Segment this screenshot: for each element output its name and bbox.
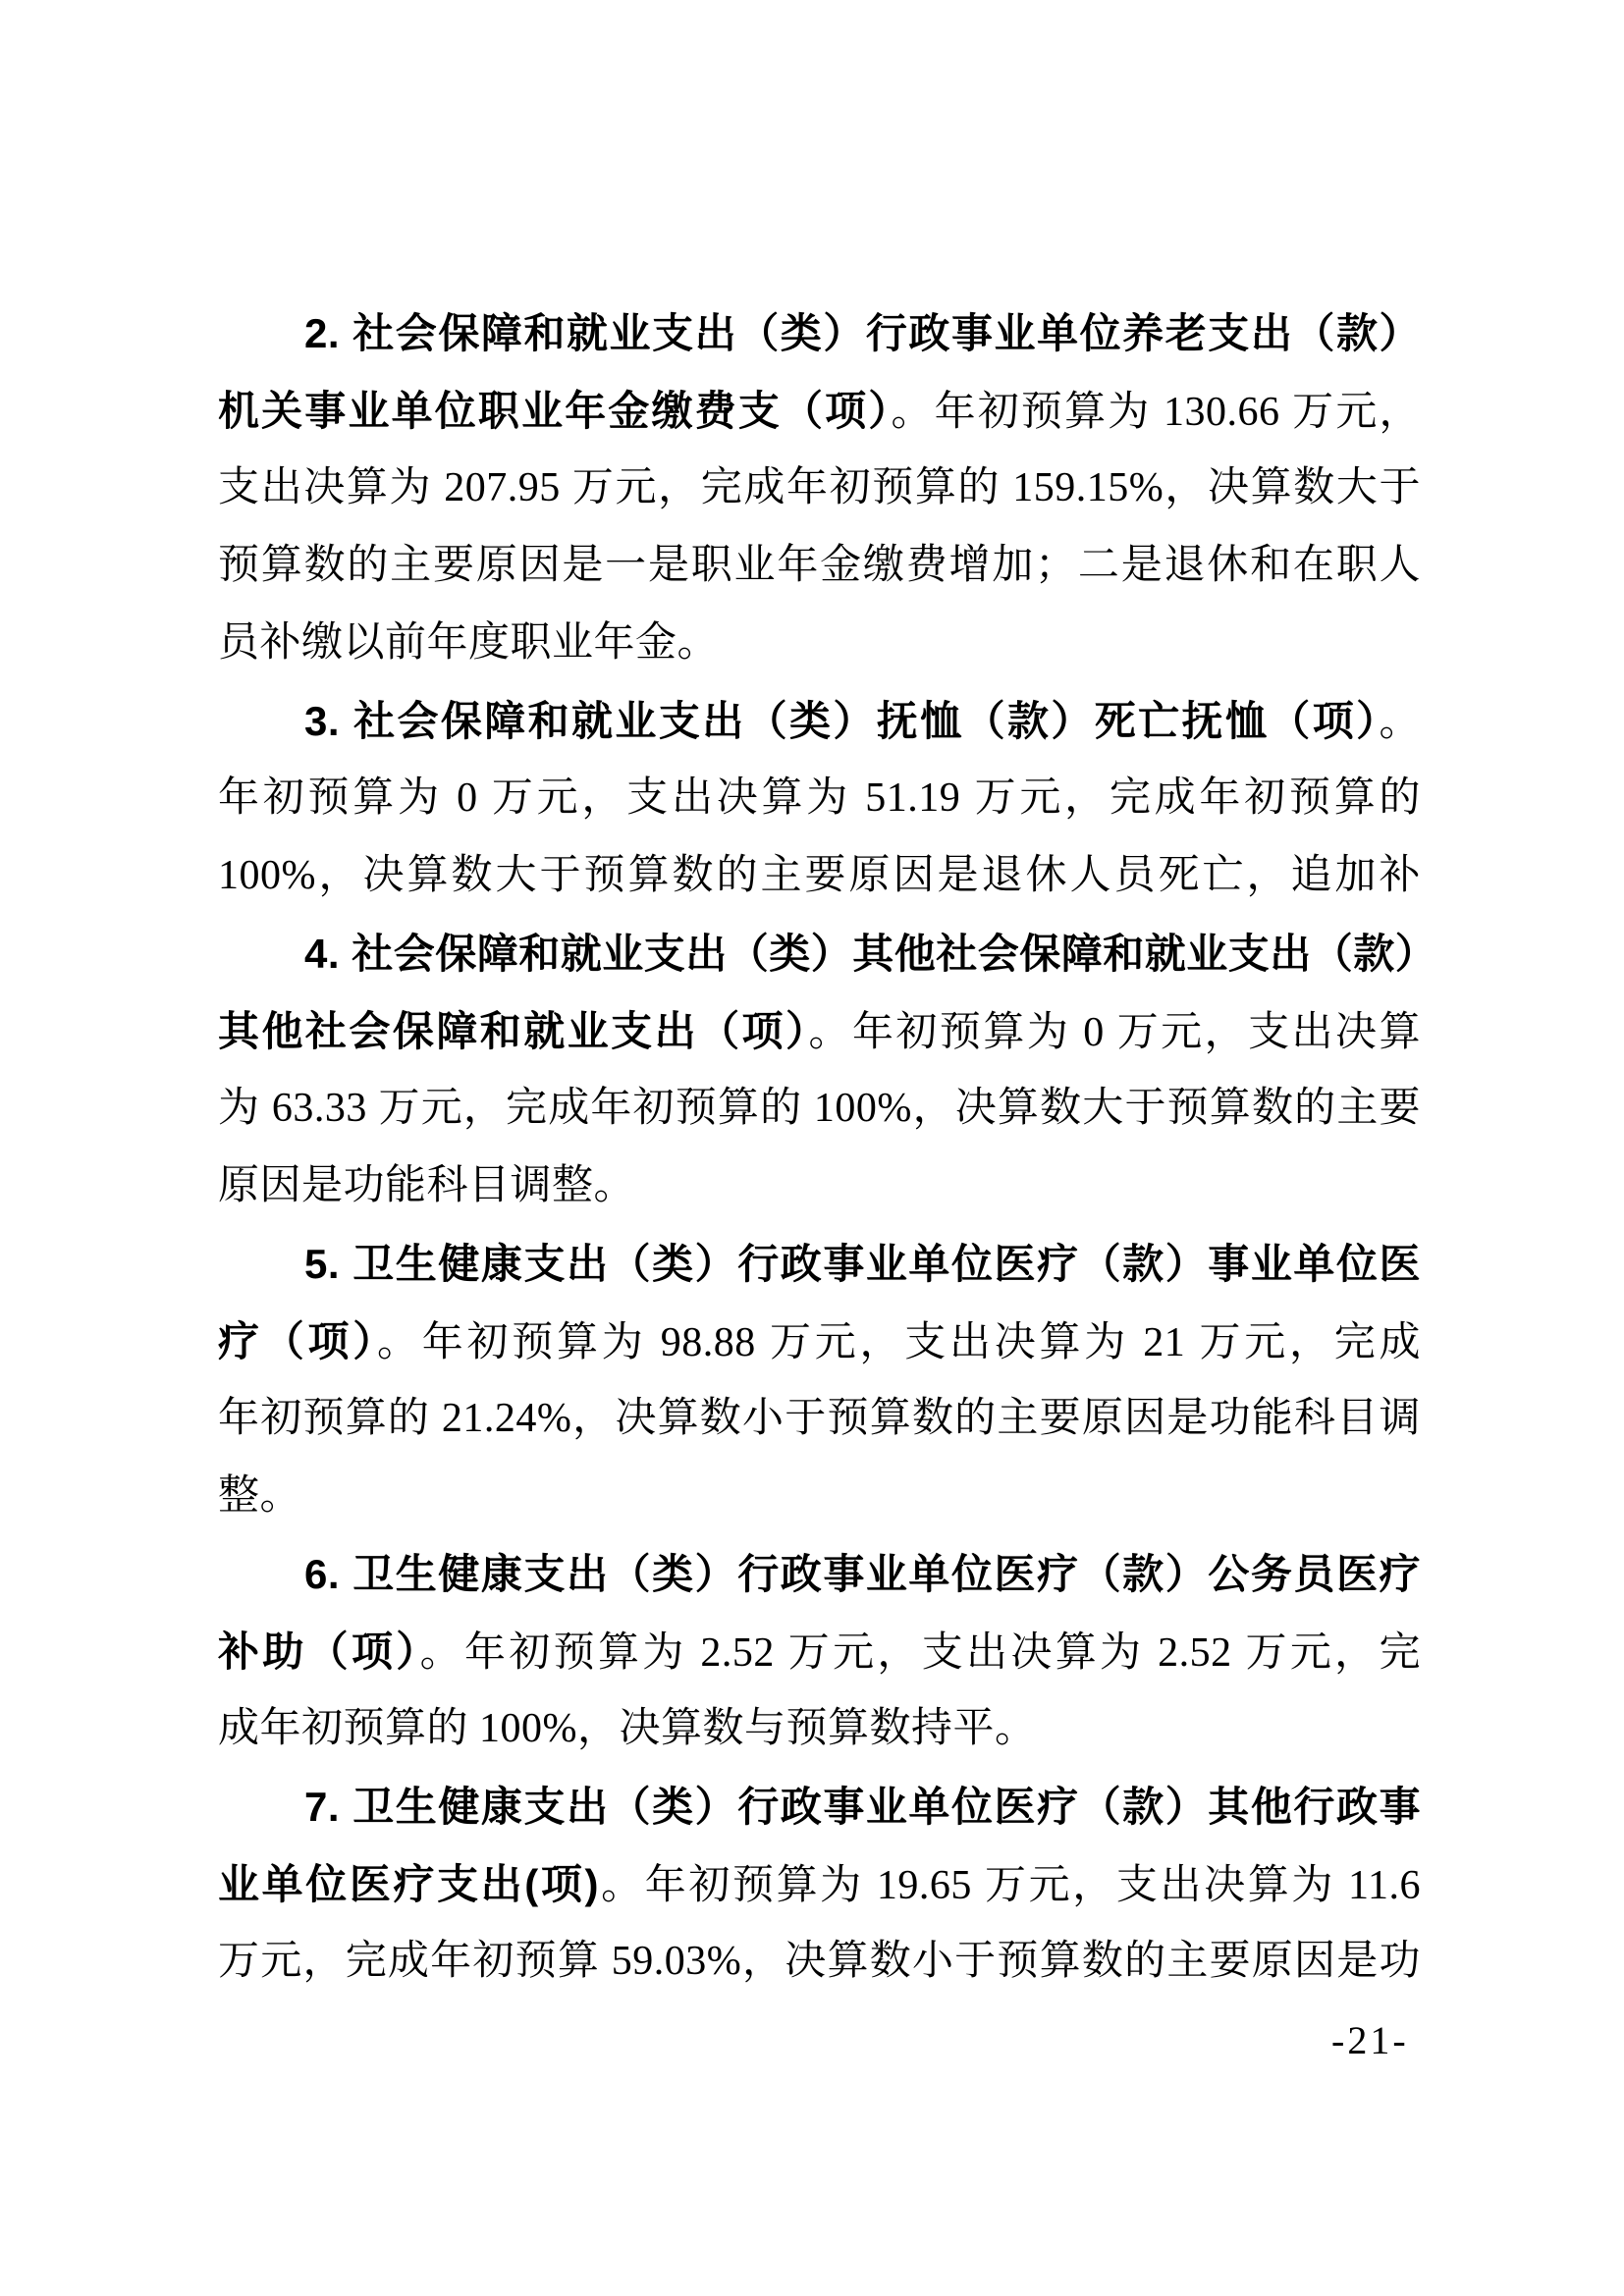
heading-text: 补助（项） xyxy=(218,1629,420,1675)
body-text: 成年初预算的 100%，决算数与预算数持平。 xyxy=(218,1706,1037,1751)
text-block: 2. 社会保障和就业支出（类）行政事业单位养老支出（款） 机关事业单位职业年金缴… xyxy=(218,294,1421,2001)
body-text: 。 xyxy=(1379,700,1421,745)
body-text: 年初预算的 21.24%，决算数小于预算数的主要原因是功能科目调 xyxy=(218,1396,1421,1441)
text-line: 5. 卫生健康支出（类）行政事业单位医疗（款）事业单位医 xyxy=(218,1225,1421,1303)
text-line: 其他社会保障和就业支出（项）。年初预算为 0 万元，支出决算 xyxy=(218,992,1421,1070)
text-line: 3. 社会保障和就业支出（类）抚恤（款）死亡抚恤（项）。 xyxy=(218,682,1421,760)
text-line: 为 63.33 万元，完成年初预算的 100%，决算数大于预算数的主要 xyxy=(218,1070,1421,1148)
paragraph-6: 6. 卫生健康支出（类）行政事业单位医疗（款）公务员医疗 补助（项）。年初预算为… xyxy=(218,1535,1421,1768)
body-text: 。年初预算为 130.66 万元， xyxy=(891,390,1421,435)
heading-text: 6. 卫生健康支出（类）行政事业单位医疗（款）公务员医疗 xyxy=(304,1551,1421,1597)
text-line: 年初预算的 21.24%，决算数小于预算数的主要原因是功能科目调 xyxy=(218,1380,1421,1458)
body-text: 为 63.33 万元，完成年初预算的 100%，决算数大于预算数的主要 xyxy=(218,1086,1421,1131)
paragraph-4: 4. 社会保障和就业支出（类）其他社会保障和就业支出（款） 其他社会保障和就业支… xyxy=(218,915,1421,1225)
text-line: 2. 社会保障和就业支出（类）行政事业单位养老支出（款） xyxy=(218,294,1421,372)
body-text: 员补缴以前年度职业年金。 xyxy=(218,620,719,666)
body-text: 。年初预算为 0 万元，支出决算 xyxy=(809,1010,1422,1055)
heading-text: 2. 社会保障和就业支出（类）行政事业单位养老支出（款） xyxy=(304,310,1421,356)
text-line: 机关事业单位职业年金缴费支（项）。年初预算为 130.66 万元， xyxy=(218,372,1421,450)
text-line: 原因是功能科目调整。 xyxy=(218,1148,1421,1225)
heading-text: 疗（项） xyxy=(218,1318,377,1364)
body-text: 预算数的主要原因是一是职业年金缴费增加；二是退休和在职人 xyxy=(218,543,1421,588)
paragraph-3: 3. 社会保障和就业支出（类）抚恤（款）死亡抚恤（项）。 年初预算为 0 万元，… xyxy=(218,682,1421,915)
body-text: 。年初预算为 19.65 万元，支出决算为 11.6 xyxy=(599,1863,1421,1908)
body-text: 年初预算为 0 万元，支出决算为 51.19 万元，完成年初预算的 xyxy=(218,775,1421,821)
document-page: 2. 社会保障和就业支出（类）行政事业单位养老支出（款） 机关事业单位职业年金缴… xyxy=(0,0,1624,2296)
text-line: 员补缴以前年度职业年金。 xyxy=(218,605,1421,682)
heading-text: 7. 卫生健康支出（类）行政事业单位医疗（款）其他行政事 xyxy=(304,1784,1421,1830)
paragraph-5: 5. 卫生健康支出（类）行政事业单位医疗（款）事业单位医 疗（项）。年初预算为 … xyxy=(218,1225,1421,1535)
heading-text: 3. 社会保障和就业支出（类）抚恤（款）死亡抚恤（项） xyxy=(304,698,1379,744)
text-line: 7. 卫生健康支出（类）行政事业单位医疗（款）其他行政事 xyxy=(218,1768,1421,1845)
heading-text: 4. 社会保障和就业支出（类）其他社会保障和就业支出（款） xyxy=(304,931,1421,977)
text-line: 万元，完成年初预算 59.03%，决算数小于预算数的主要原因是功 xyxy=(218,1923,1421,2001)
text-line: 年初预算为 0 万元，支出决算为 51.19 万元，完成年初预算的 xyxy=(218,760,1421,837)
paragraph-2: 2. 社会保障和就业支出（类）行政事业单位养老支出（款） 机关事业单位职业年金缴… xyxy=(218,294,1421,682)
text-line: 整。 xyxy=(218,1458,1421,1535)
text-line: 补助（项）。年初预算为 2.52 万元，支出决算为 2.52 万元，完 xyxy=(218,1613,1421,1690)
text-line: 100%，决算数大于预算数的主要原因是退休人员死亡，追加补助。 xyxy=(218,837,1421,915)
heading-text: 机关事业单位职业年金缴费支（项） xyxy=(218,388,891,434)
text-line: 4. 社会保障和就业支出（类）其他社会保障和就业支出（款） xyxy=(218,915,1421,992)
body-text: 整。 xyxy=(218,1473,301,1519)
text-line: 6. 卫生健康支出（类）行政事业单位医疗（款）公务员医疗 xyxy=(218,1535,1421,1613)
body-text: 100%，决算数大于预算数的主要原因是退休人员死亡，追加补助。 xyxy=(218,853,1421,915)
text-line: 疗（项）。年初预算为 98.88 万元，支出决算为 21 万元，完成 xyxy=(218,1303,1421,1380)
heading-text: 其他社会保障和就业支出（项） xyxy=(218,1008,809,1054)
paragraph-7: 7. 卫生健康支出（类）行政事业单位医疗（款）其他行政事 业单位医疗支出(项)。… xyxy=(218,1768,1421,2001)
heading-text: 业单位医疗支出(项) xyxy=(218,1861,599,1907)
body-text: 万元，完成年初预算 59.03%，决算数小于预算数的主要原因是功 xyxy=(218,1939,1421,1984)
body-text: 。年初预算为 98.88 万元，支出决算为 21 万元，完成 xyxy=(377,1320,1421,1365)
body-text: 支出决算为 207.95 万元，完成年初预算的 159.15%，决算数大于 xyxy=(218,465,1421,510)
text-line: 成年初预算的 100%，决算数与预算数持平。 xyxy=(218,1690,1421,1768)
text-line: 支出决算为 207.95 万元，完成年初预算的 159.15%，决算数大于 xyxy=(218,450,1421,527)
text-line: 业单位医疗支出(项)。年初预算为 19.65 万元，支出决算为 11.6 xyxy=(218,1845,1421,1923)
body-text: 原因是功能科目调整。 xyxy=(218,1163,635,1208)
body-text: 。年初预算为 2.52 万元，支出决算为 2.52 万元，完 xyxy=(420,1630,1421,1676)
text-line: 预算数的主要原因是一是职业年金缴费增加；二是退休和在职人 xyxy=(218,527,1421,605)
heading-text: 5. 卫生健康支出（类）行政事业单位医疗（款）事业单位医 xyxy=(304,1241,1421,1287)
page-number: -21- xyxy=(1331,2017,1409,2064)
